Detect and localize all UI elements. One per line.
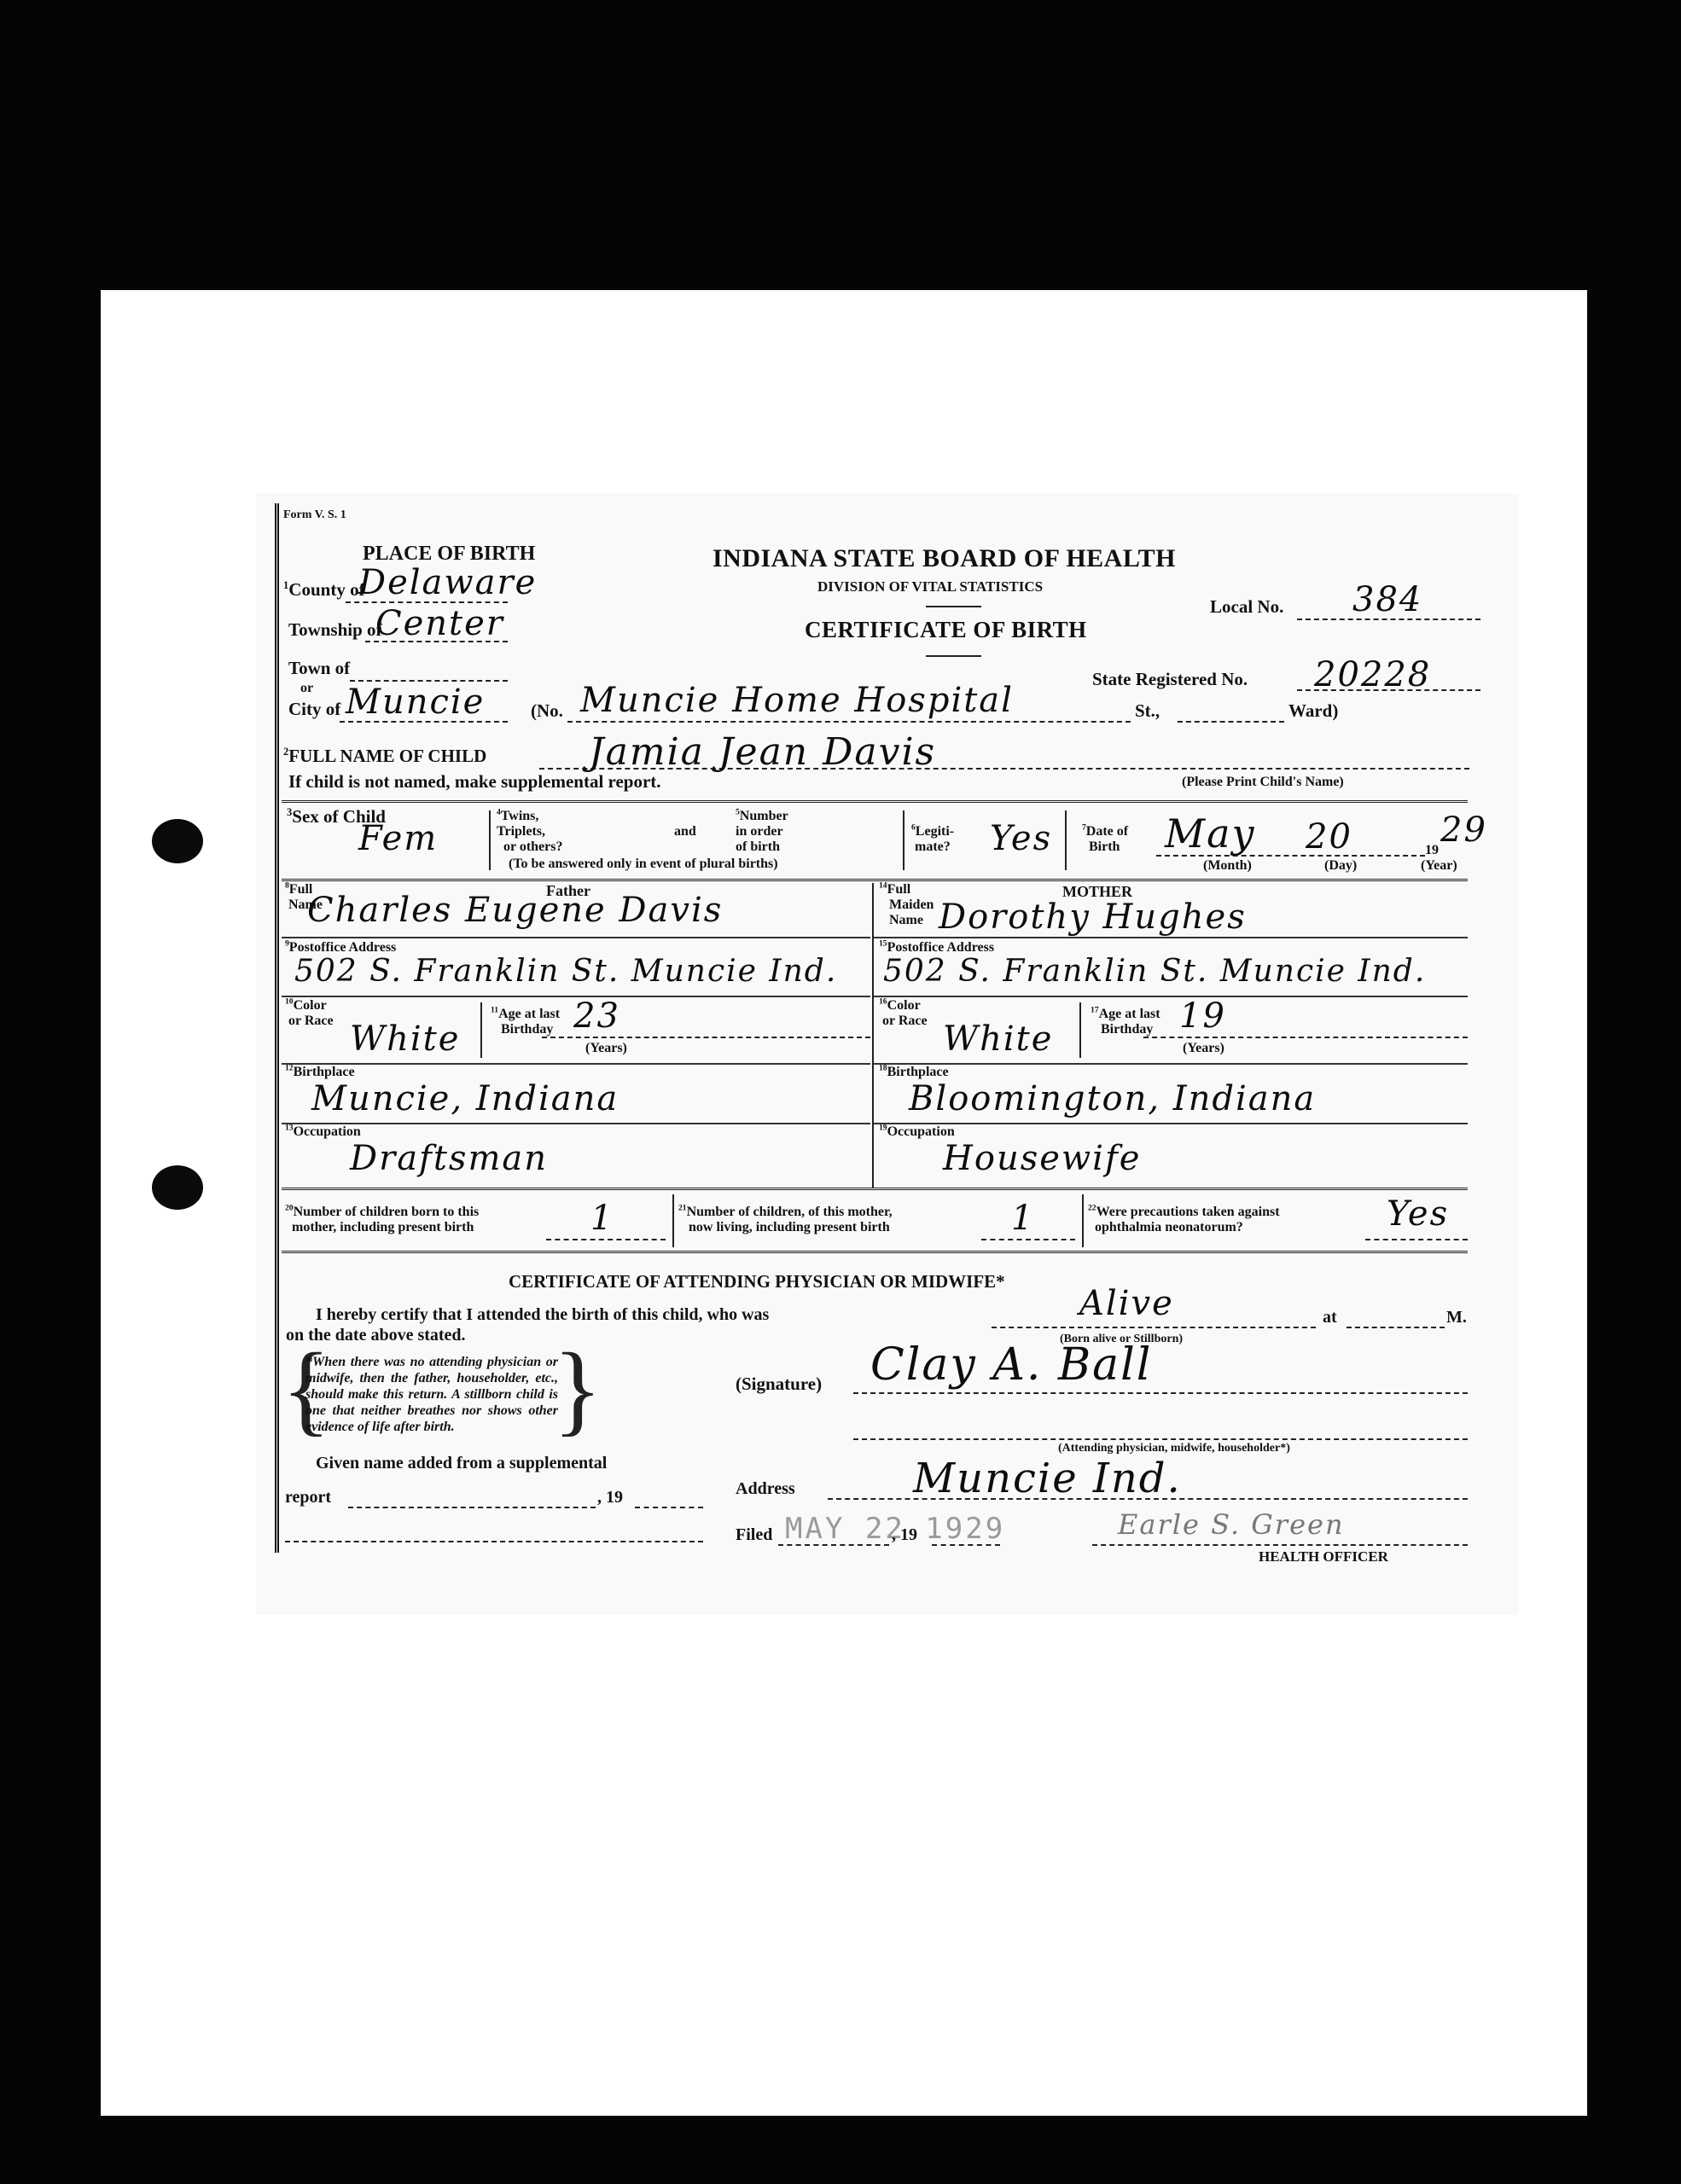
- city-value: Muncie: [346, 682, 485, 722]
- county-value: Delaware: [358, 563, 537, 602]
- father-race-label: 10Color or Race: [285, 998, 334, 1029]
- father-age-label: 11Age at last Birthday: [491, 1007, 560, 1037]
- role-label: (Attending physician, midwife, household…: [1058, 1442, 1290, 1455]
- place-of-birth-heading: PLACE OF BIRTH: [363, 543, 535, 566]
- divider: [926, 655, 981, 657]
- dob-label: 7Date of Birth: [1082, 824, 1128, 855]
- children-living-label: 21Number of children, of this mother, no…: [678, 1205, 893, 1235]
- township-value: Center: [375, 604, 504, 643]
- state-reg-label: State Registered No.: [1092, 670, 1248, 689]
- signature-label: (Signature): [736, 1374, 822, 1395]
- ophthalmia-label: 22Were precautions taken against ophthal…: [1088, 1205, 1280, 1235]
- health-officer-signature: Earle S. Green: [1118, 1508, 1345, 1541]
- mother-occupation-value: Housewife: [943, 1139, 1141, 1178]
- town-label: Town of: [288, 659, 350, 678]
- twins-label: 4Twins,Triplets, or others?: [497, 809, 562, 855]
- and-label: and: [674, 824, 696, 839]
- plural-note: (To be answered only in event of plural …: [509, 857, 778, 872]
- legitimate-label: 6Legiti- mate?: [911, 824, 954, 855]
- sex-value: Fem: [358, 819, 438, 858]
- county-label: 1County of: [283, 580, 365, 600]
- mother-age-label: 17Age at last Birthday: [1091, 1007, 1160, 1037]
- ward-label: Ward): [1288, 701, 1338, 721]
- father-occupation-value: Draftsman: [350, 1139, 548, 1178]
- physician-address: Muncie Ind.: [913, 1455, 1182, 1502]
- supplemental-note: If child is not named, make supplemental…: [288, 772, 661, 792]
- street-st-label: St.,: [1135, 701, 1160, 721]
- month-label: (Month): [1203, 858, 1252, 874]
- ophthalmia-value: Yes: [1387, 1194, 1449, 1234]
- children-living-value: 1: [1011, 1199, 1034, 1238]
- mother-occupation-label: 19Occupation: [879, 1124, 955, 1140]
- city-label: City of: [288, 700, 340, 719]
- birth-status-value: Alive: [1079, 1284, 1174, 1323]
- at-label: at: [1323, 1308, 1337, 1327]
- mother-name-label: 14Full Maiden Name: [879, 882, 934, 928]
- mother-race-value: White: [943, 1019, 1053, 1059]
- filed-label: Filed: [736, 1525, 772, 1545]
- certificate-title: CERTIFICATE OF BIRTH: [805, 617, 1087, 643]
- father-age-value: 23: [573, 996, 620, 1036]
- given-name-label: Given name added from a supplemental: [316, 1454, 607, 1473]
- father-years-label: (Years): [585, 1041, 627, 1056]
- address-label: Address: [736, 1479, 795, 1499]
- legitimate-value: Yes: [990, 819, 1052, 858]
- street-no-label: (No.: [531, 701, 563, 721]
- father-name-value: Charles Eugene Davis: [307, 891, 723, 930]
- street-value: Muncie Home Hospital: [580, 681, 1014, 720]
- mother-address-value: 502 S. Franklin St. Muncie Ind.: [883, 954, 1426, 989]
- certify-text: I hereby certify that I attended the bir…: [316, 1305, 769, 1325]
- dob-month: May: [1165, 810, 1256, 857]
- divider: [926, 606, 981, 607]
- m-label: M.: [1446, 1308, 1467, 1327]
- day-label: (Day): [1324, 858, 1357, 874]
- children-born-value: 1: [590, 1199, 614, 1238]
- father-race-value: White: [350, 1019, 460, 1059]
- mother-race-label: 16Color or Race: [879, 998, 928, 1029]
- mother-name-value: Dorothy Hughes: [939, 897, 1247, 937]
- physician-signature: Clay A. Ball: [870, 1339, 1152, 1391]
- dob-day: 20: [1306, 817, 1352, 857]
- mother-years-label: (Years): [1183, 1041, 1224, 1056]
- dob-century: 19: [1425, 843, 1439, 858]
- agency-title: INDIANA STATE BOARD OF HEALTH: [713, 544, 1176, 573]
- filed-year-label: , 19: [892, 1525, 917, 1545]
- mother-age-value: 19: [1179, 996, 1226, 1036]
- father-birthplace-label: 12Birthplace: [285, 1065, 355, 1080]
- mother-birthplace-label: 18Birthplace: [879, 1065, 949, 1080]
- father-birthplace-value: Muncie, Indiana: [311, 1079, 619, 1118]
- father-address-value: 502 S. Franklin St. Muncie Ind.: [294, 954, 837, 989]
- report-label: report: [285, 1488, 331, 1507]
- child-name-value: Jamia Jean Davis: [589, 730, 936, 774]
- punch-hole: [152, 1165, 203, 1210]
- year-label: (Year): [1421, 858, 1457, 874]
- print-note: (Please Print Child's Name): [1182, 775, 1344, 790]
- health-officer-label: HEALTH OFFICER: [1259, 1548, 1388, 1565]
- report-year-label: , 19: [597, 1488, 623, 1507]
- or-label: or: [300, 681, 313, 696]
- mother-birthplace-value: Bloomington, Indiana: [909, 1079, 1316, 1118]
- children-born-label: 20Number of children born to this mother…: [285, 1205, 479, 1235]
- physician-heading: CERTIFICATE OF ATTENDING PHYSICIAN OR MI…: [509, 1271, 1005, 1292]
- state-reg-value: 20228: [1314, 655, 1431, 694]
- child-name-label: 2FULL NAME OF CHILD: [283, 746, 486, 766]
- father-occupation-label: 13Occupation: [285, 1124, 361, 1140]
- division-title: DIVISION OF VITAL STATISTICS: [817, 578, 1043, 595]
- dob-year: 29: [1440, 810, 1487, 850]
- township-label: Township of: [288, 620, 382, 640]
- stillborn-note: *When there was no attending physician o…: [305, 1355, 558, 1435]
- local-no-value: 384: [1352, 580, 1422, 619]
- birth-order-label: 5Numberin orderof birth: [736, 809, 788, 855]
- local-no-label: Local No.: [1210, 597, 1283, 617]
- form-id: Form V. S. 1: [283, 508, 346, 522]
- punch-hole: [152, 819, 203, 863]
